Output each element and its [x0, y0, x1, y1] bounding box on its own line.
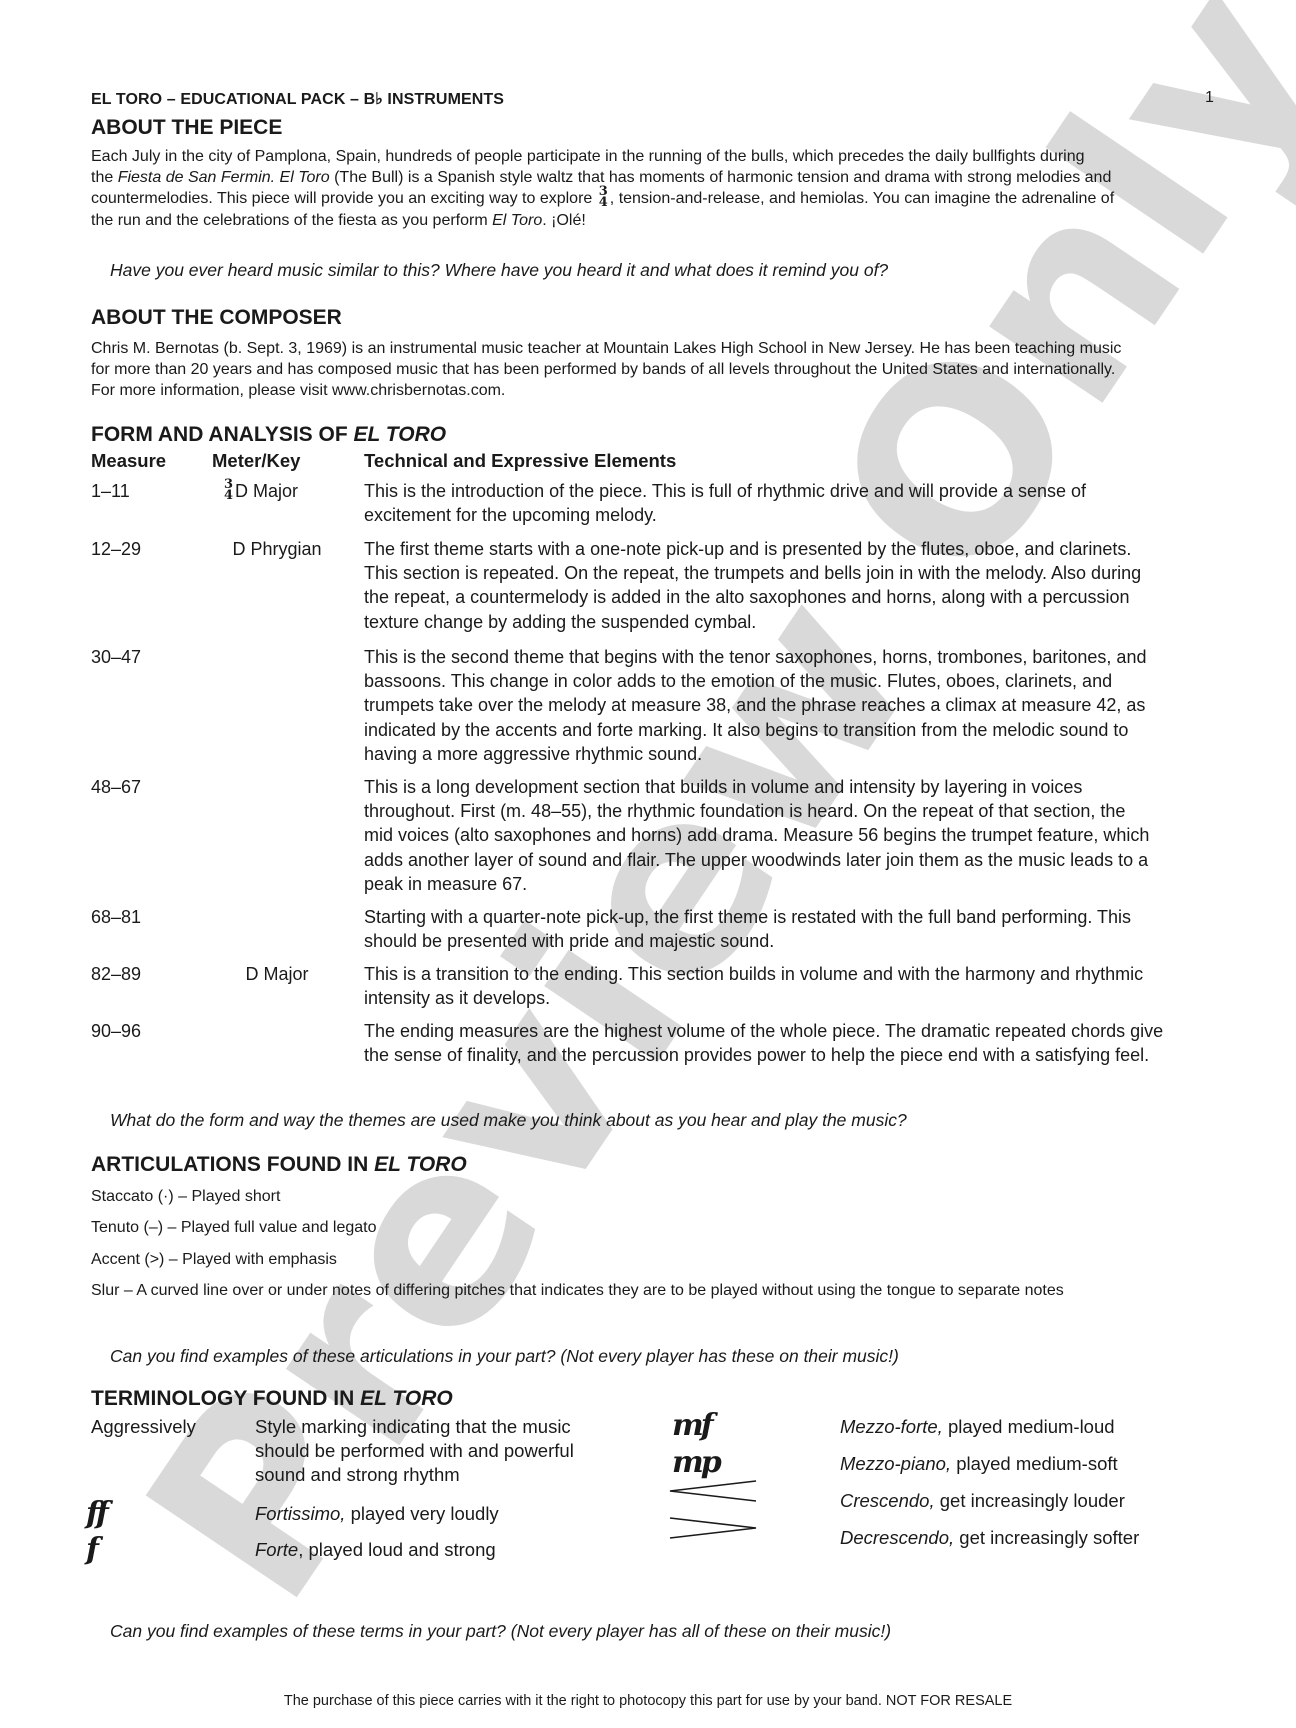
row-measure: 48–67	[91, 775, 141, 799]
column-header-meter-key: Meter/Key	[212, 450, 300, 472]
row-measure: 12–29	[91, 537, 141, 561]
elements-line: indicated by the accents and forte marki…	[364, 718, 1224, 742]
term-rest: played very loudly	[345, 1503, 498, 1524]
composer-line: For more information, please visit www.c…	[91, 380, 1221, 401]
row-elements: Starting with a quarter-note pick-up, th…	[364, 905, 1224, 953]
articulation-tenuto: Tenuto (–) – Played full value and legat…	[91, 1219, 377, 1237]
articulation-staccato: Staccato (·) – Played short	[91, 1188, 280, 1206]
elements-line: peak in measure 67.	[364, 872, 1224, 896]
heading-text: TERMINOLOGY FOUND IN	[91, 1387, 360, 1410]
about-composer-paragraph: Chris M. Bernotas (b. Sept. 3, 1969) is …	[91, 338, 1221, 401]
elements-line: having a more aggressive rhythmic sound.	[364, 742, 1224, 766]
text-span: the	[91, 169, 118, 186]
mezzo-forte-symbol-icon: mf	[672, 1411, 711, 1441]
elements-line: adds another layer of sound and flair. T…	[364, 848, 1224, 872]
composer-line: Chris M. Bernotas (b. Sept. 3, 1969) is …	[91, 338, 1221, 359]
elements-line: excitement for the upcoming melody.	[364, 503, 1224, 527]
text-span: . ¡Olé!	[542, 212, 586, 229]
elements-line: the sense of finality, and the percussio…	[364, 1043, 1224, 1067]
about-piece-line: Each July in the city of Pamplona, Spain…	[91, 146, 1221, 167]
elements-line: bassoons. This change in color adds to t…	[364, 669, 1224, 693]
about-piece-line: the Fiesta de San Fermin. El Toro (The B…	[91, 167, 1221, 188]
elements-line: This is the second theme that begins wit…	[364, 645, 1224, 669]
heading-text: FORM AND ANALYSIS OF	[91, 423, 354, 446]
heading-text: ARTICULATIONS FOUND IN	[91, 1153, 374, 1176]
key-label: D Phrygian	[232, 539, 321, 559]
definition-line: should be performed with and powerful	[255, 1439, 574, 1463]
row-meter-key: 34D Major	[222, 479, 352, 503]
term-italic: Mezzo-forte,	[840, 1416, 943, 1437]
page-number: 1	[1205, 89, 1214, 107]
row-elements: This is the second theme that begins wit…	[364, 645, 1224, 766]
text-span: countermelodies. This piece will provide…	[91, 190, 592, 207]
elements-line: The ending measures are the highest volu…	[364, 1019, 1224, 1043]
articulations-heading: ARTICULATIONS FOUND IN EL TORO	[91, 1153, 467, 1177]
row-elements: The ending measures are the highest volu…	[364, 1019, 1224, 1067]
term-aggressively: Aggressively	[91, 1415, 196, 1439]
time-signature: 34	[599, 186, 608, 208]
definition-line: sound and strong rhythm	[255, 1463, 574, 1487]
elements-line: should be presented with pride and majes…	[364, 929, 1224, 953]
term-rest: , played loud and strong	[298, 1539, 495, 1560]
articulation-accent: Accent (>) – Played with emphasis	[91, 1251, 337, 1269]
meter-bottom: 4	[224, 490, 233, 501]
about-piece-heading: ABOUT THE PIECE	[91, 116, 282, 140]
elements-line: The first theme starts with a one-note p…	[364, 537, 1224, 561]
text-span: , tension-and-release, and hemiolas. You…	[610, 190, 1114, 207]
elements-line: This is a transition to the ending. This…	[364, 962, 1224, 986]
heading-italic: EL TORO	[354, 423, 447, 446]
term-italic: Fortissimo,	[255, 1503, 345, 1524]
mezzo-piano-symbol-icon: mp	[672, 1448, 719, 1478]
decrescendo-hairpin-icon	[668, 1516, 758, 1540]
term-italic: Forte	[255, 1539, 298, 1560]
italic-title: Fiesta de San Fermin. El Toro	[118, 169, 330, 186]
term-rest: played medium-loud	[943, 1416, 1115, 1437]
definition-line: Style marking indicating that the music	[255, 1415, 574, 1439]
about-composer-heading: ABOUT THE COMPOSER	[91, 306, 342, 330]
forte-symbol-icon: f	[86, 1535, 96, 1565]
articulation-slur: Slur – A curved line over or under notes…	[91, 1282, 1064, 1300]
meter-bottom: 4	[599, 197, 608, 208]
running-head: EL TORO – EDUCATIONAL PACK – B♭ INSTRUME…	[91, 89, 504, 109]
elements-line: This section is repeated. On the repeat,…	[364, 561, 1224, 585]
time-signature: 34	[224, 479, 233, 501]
column-header-measure: Measure	[91, 450, 166, 472]
elements-line: the repeat, a countermelody is added in …	[364, 585, 1224, 609]
form-analysis-heading: FORM AND ANALYSIS OF EL TORO	[91, 423, 446, 447]
document-page: Preview Only EL TORO – EDUCATIONAL PACK …	[0, 0, 1296, 1728]
elements-line: texture change by adding the suspended c…	[364, 610, 1224, 634]
key-label: D Major	[245, 964, 308, 984]
italic-title: El Toro	[492, 212, 542, 229]
term-decrescendo-definition: Decrescendo, get increasingly softer	[840, 1526, 1139, 1550]
row-elements: This is a long development section that …	[364, 775, 1224, 896]
row-measure: 1–11	[91, 479, 130, 503]
term-mezzo-forte-definition: Mezzo-forte, played medium-loud	[840, 1415, 1115, 1439]
text-span: the run and the celebrations of the fies…	[91, 212, 492, 229]
term-fortissimo-definition: Fortissimo, played very loudly	[255, 1502, 499, 1526]
term-italic: Mezzo-piano,	[840, 1453, 951, 1474]
heading-italic: EL TORO	[360, 1387, 453, 1410]
row-measure: 82–89	[91, 962, 141, 986]
footer-notice: The purchase of this piece carries with …	[0, 1693, 1296, 1709]
term-italic: Crescendo,	[840, 1490, 935, 1511]
elements-line: intensity as it develops.	[364, 986, 1224, 1010]
term-mezzo-piano-definition: Mezzo-piano, played medium-soft	[840, 1452, 1118, 1476]
composer-line: for more than 20 years and has composed …	[91, 359, 1221, 380]
about-piece-line: the run and the celebrations of the fies…	[91, 210, 1221, 231]
column-header-elements: Technical and Expressive Elements	[364, 450, 676, 472]
form-question: What do the form and way the themes are …	[110, 1110, 907, 1131]
about-piece-line: countermelodies. This piece will provide…	[91, 188, 1221, 210]
key-label: D Major	[235, 481, 298, 501]
term-forte-definition: Forte, played loud and strong	[255, 1538, 496, 1562]
row-meter-key: D Phrygian	[212, 537, 342, 561]
term-rest: get increasingly softer	[954, 1527, 1139, 1548]
row-elements: This is a transition to the ending. This…	[364, 962, 1224, 1010]
term-rest: played medium-soft	[951, 1453, 1118, 1474]
articulations-question: Can you find examples of these articulat…	[110, 1346, 899, 1367]
crescendo-hairpin-icon	[668, 1479, 758, 1503]
row-measure: 68–81	[91, 905, 141, 929]
term-rest: get increasingly louder	[935, 1490, 1125, 1511]
about-piece-question: Have you ever heard music similar to thi…	[110, 260, 888, 281]
row-measure: 30–47	[91, 645, 141, 669]
page-content: EL TORO – EDUCATIONAL PACK – B♭ INSTRUME…	[0, 0, 1296, 1728]
elements-line: This is a long development section that …	[364, 775, 1224, 799]
elements-line: This is the introduction of the piece. T…	[364, 479, 1224, 503]
row-elements: This is the introduction of the piece. T…	[364, 479, 1224, 527]
terminology-heading: TERMINOLOGY FOUND IN EL TORO	[91, 1387, 453, 1411]
terminology-question: Can you find examples of these terms in …	[110, 1621, 891, 1642]
text-span: (The Bull) is a Spanish style waltz that…	[330, 169, 1112, 186]
term-aggressively-definition: Style marking indicating that the music …	[255, 1415, 574, 1487]
elements-line: mid voices (alto saxophones and horns) a…	[364, 823, 1224, 847]
elements-line: throughout. First (m. 48–55), the rhythm…	[364, 799, 1224, 823]
heading-italic: EL TORO	[374, 1153, 467, 1176]
row-elements: The first theme starts with a one-note p…	[364, 537, 1224, 634]
elements-line: Starting with a quarter-note pick-up, th…	[364, 905, 1224, 929]
fortissimo-symbol-icon: ff	[86, 1499, 106, 1529]
term-crescendo-definition: Crescendo, get increasingly louder	[840, 1489, 1125, 1513]
elements-line: trumpets take over the melody at measure…	[364, 693, 1224, 717]
term-italic: Decrescendo,	[840, 1527, 954, 1548]
about-piece-paragraph: Each July in the city of Pamplona, Spain…	[91, 146, 1221, 231]
row-measure: 90–96	[91, 1019, 141, 1043]
row-meter-key: D Major	[212, 962, 342, 986]
